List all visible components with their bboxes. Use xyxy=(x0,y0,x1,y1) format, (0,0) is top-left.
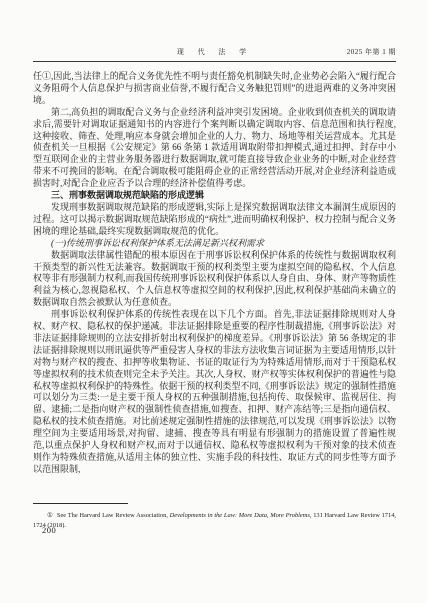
journal-page: 现 代 法 学 2025 年第 1 期 任①,因此,当法律上的配合义务优先性不明… xyxy=(0,0,427,603)
paragraph-second-point: 第二,高负担的调取配合义务与企业经济利益冲突引发困境。企业收到侦查机关的调取请求… xyxy=(33,107,396,190)
paragraph-continuation: 任①,因此,当法律上的配合义务优先性不明与责任豁免机制缺失时,企业势必会陷入“履… xyxy=(33,71,396,107)
paragraph-mismatch: 数据调取法律属性错配的根本原因在于刑事诉讼权利保护体系的传统性与数据调取权利干预… xyxy=(33,250,396,310)
section-heading: 三、刑事数据调取规范缺陷的形成逻辑 xyxy=(33,190,396,202)
footnote-title-italic: Developments in the Law: More Data, More… xyxy=(170,512,310,519)
paragraph-tradition: 刑事诉讼权利保护体系的传统性表现在以下几个方面。首先,非法证据排除规则对人身权、… xyxy=(33,309,396,476)
footnote-text-before: See The Harvard Law Review Association, xyxy=(57,512,170,519)
footnote-divider xyxy=(33,503,128,504)
footnote-marker: ① xyxy=(47,512,53,519)
footnote: ①See The Harvard Law Review Association,… xyxy=(33,511,396,531)
journal-title: 现 代 法 学 xyxy=(177,47,252,57)
footnote-area: ①See The Harvard Law Review Association,… xyxy=(33,503,396,537)
running-head: 现 代 法 学 2025 年第 1 期 xyxy=(33,47,396,62)
page-number: 200 xyxy=(42,525,56,535)
article-body: 任①,因此,当法律上的配合义务优先性不明与责任豁免机制缺失时,企业势必会陷入“履… xyxy=(33,71,396,476)
subsection-heading: (一)传统刑事诉讼权利保护体系无法满足新兴权利需求 xyxy=(33,238,396,250)
paragraph-section-intro: 发现刑事数据调取规范缺陷的形成逻辑,实际上是探究数据调取法律文本漏洞生成原因的过… xyxy=(33,202,396,238)
issue-label: 2025 年第 1 期 xyxy=(347,47,396,57)
